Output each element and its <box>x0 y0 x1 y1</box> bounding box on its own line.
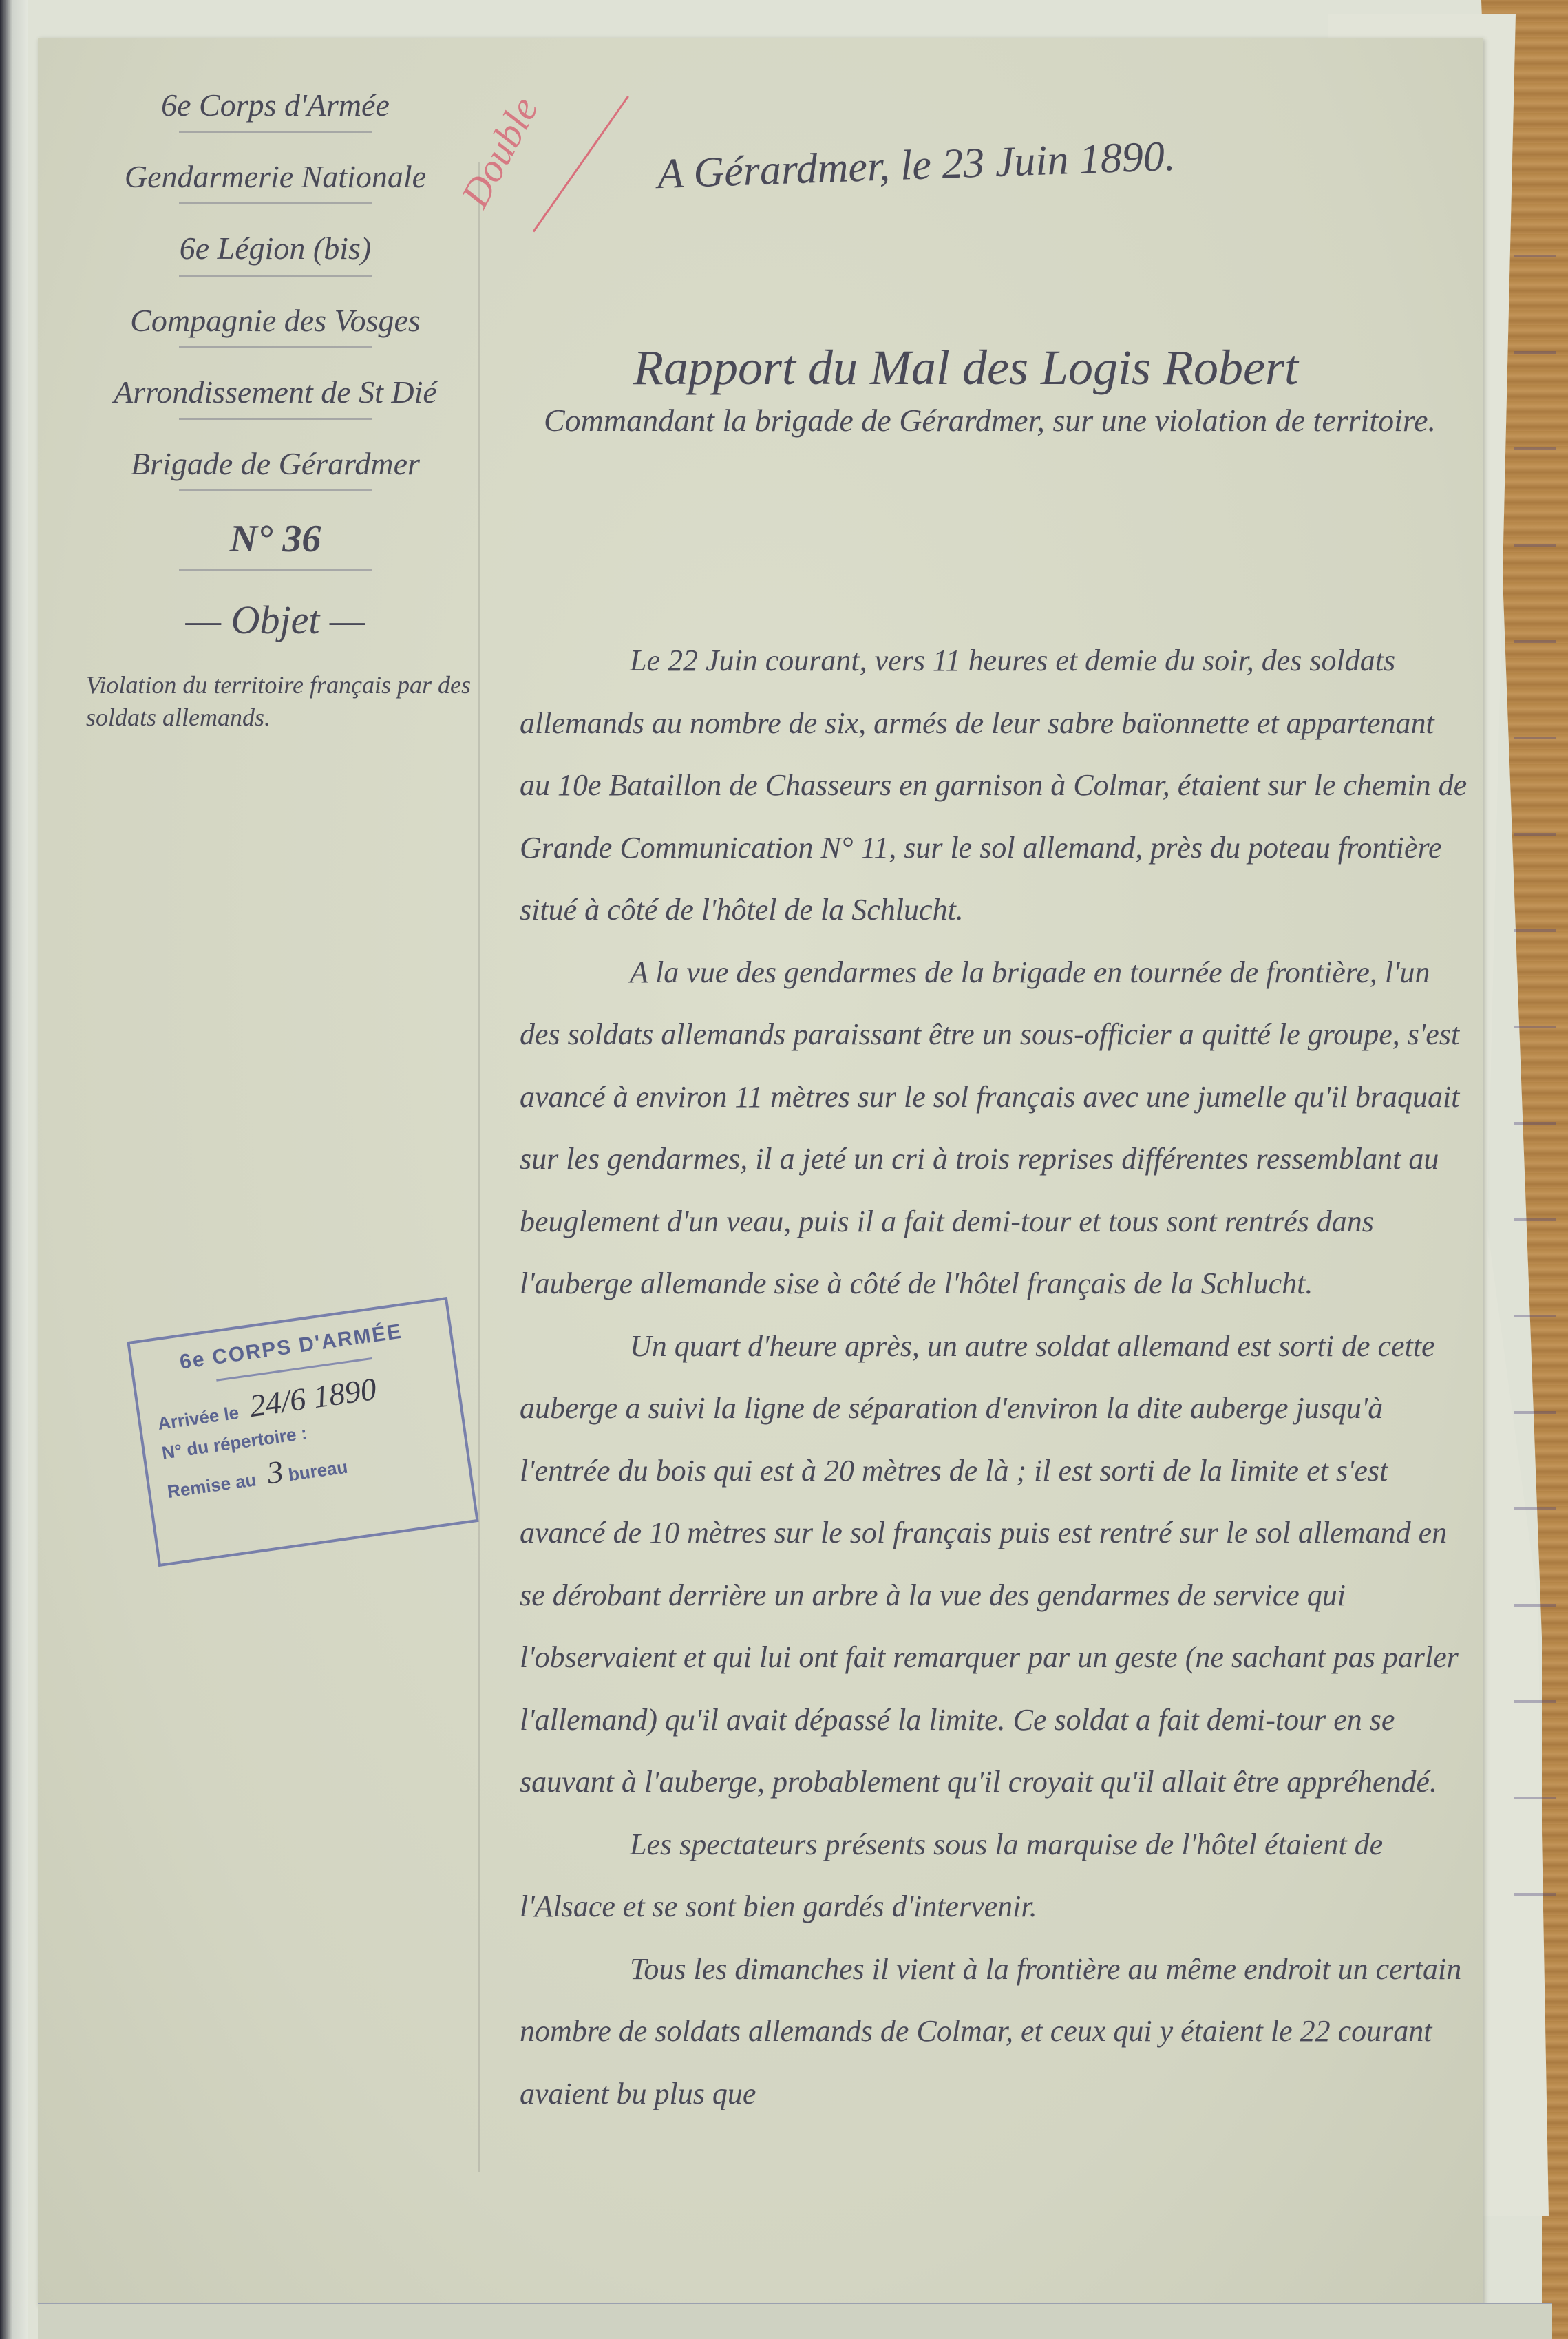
stamp-remise-label: Remise au <box>166 1469 257 1502</box>
stamp-remise-value: 3 <box>265 1454 286 1491</box>
title-line-2: Commandant la brigade de Gérardmer, sur … <box>544 395 1459 446</box>
arrondissement-line: Arrondissement de St Dié <box>65 373 485 420</box>
body-paragraph: Les spectateurs présents sous la marquis… <box>520 1814 1470 1938</box>
document-page: 6e Corps d'Armée Gendarmerie Nationale 6… <box>38 38 1483 2305</box>
stamp-arrival-label: Arrivée le <box>156 1402 240 1434</box>
body-paragraph: A la vue des gendarmes de la brigade en … <box>520 942 1470 1315</box>
page-stack-bottom-edge <box>38 2303 1552 2339</box>
body-paragraph: Tous les dimanches il vient à la frontiè… <box>520 1938 1470 2126</box>
body-paragraph: Le 22 Juin courant, vers 11 heures et de… <box>520 630 1470 942</box>
report-title: Rapport du Mal des Logis Robert Commanda… <box>544 341 1459 446</box>
title-line-1: Rapport du Mal des Logis Robert <box>544 341 1459 395</box>
header-left-column: 6e Corps d'Armée Gendarmerie Nationale 6… <box>65 86 485 759</box>
place-and-date: A Gérardmer, le 23 Juin 1890. <box>657 132 1176 199</box>
red-pencil-stroke <box>533 96 629 232</box>
body-paragraph: Un quart d'heure après, un autre soldat … <box>520 1315 1470 1814</box>
company-line: Compagnie des Vosges <box>65 301 485 348</box>
stamp-remise-suffix: bureau <box>287 1457 349 1485</box>
underlying-page-writing <box>1514 207 1556 1927</box>
objet-text: Violation du territoire français par des… <box>65 669 485 734</box>
brigade-line: Brigade de Gérardmer <box>65 445 485 491</box>
corps-line: 6e Corps d'Armée <box>65 86 485 133</box>
objet-label: — Objet — <box>65 596 485 644</box>
report-number: N° 36 <box>65 516 485 571</box>
report-body: Le 22 Juin courant, vers 11 heures et de… <box>520 630 1470 2125</box>
receipt-stamp: 6e CORPS D'ARMÉE Arrivée le 24/6 1890 N°… <box>127 1297 478 1567</box>
service-line: Gendarmerie Nationale <box>65 158 485 204</box>
legion-line: 6e Légion (bis) <box>65 229 485 276</box>
